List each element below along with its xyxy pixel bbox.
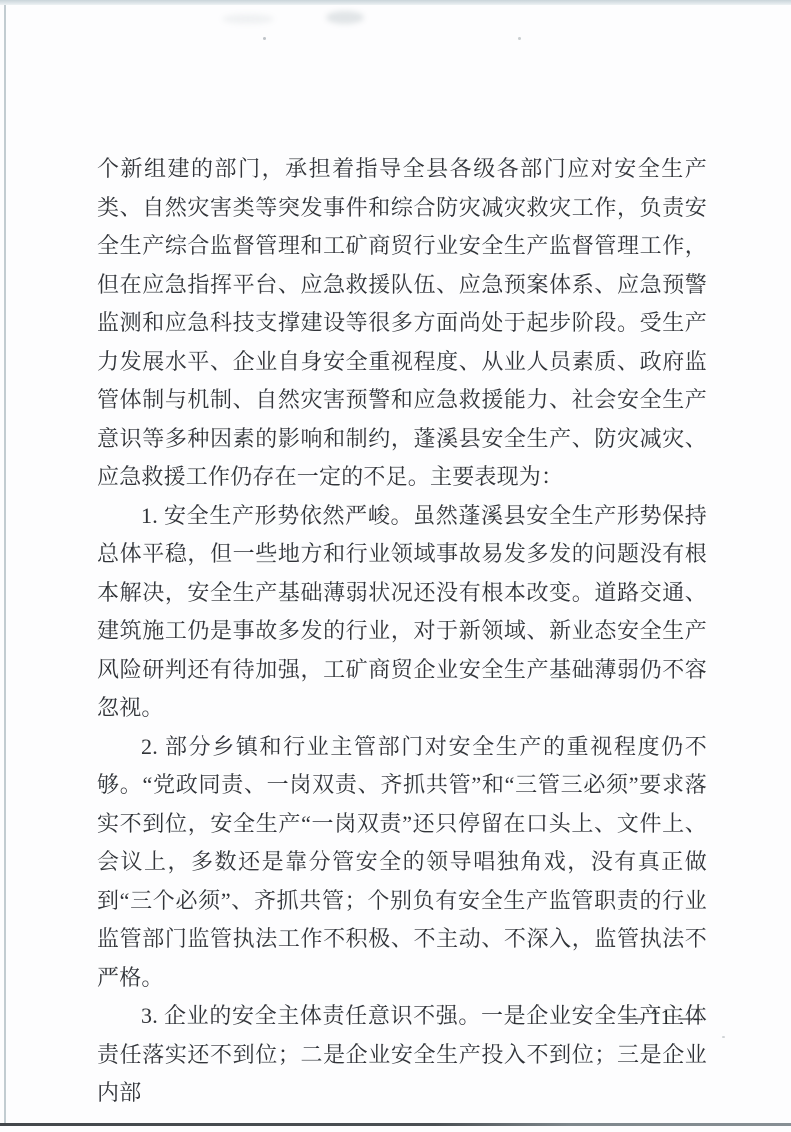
scan-speck bbox=[263, 37, 266, 40]
page-number: — 11 — bbox=[595, 1002, 727, 1032]
scan-speck bbox=[722, 1036, 725, 1038]
scan-speck bbox=[518, 37, 521, 40]
document-body: 个新组建的部门，承担着指导全县各级各部门应对安全生产类、自然灾害类等突发事件和综… bbox=[97, 150, 707, 1113]
paragraph-continuation: 个新组建的部门，承担着指导全县各级各部门应对安全生产类、自然灾害类等突发事件和综… bbox=[97, 150, 707, 497]
scan-smudge bbox=[326, 11, 364, 24]
scan-bottom-edge-artifact bbox=[0, 1123, 791, 1126]
scan-left-edge-artifact bbox=[4, 5, 6, 1126]
paragraph-item-2: 2. 部分乡镇和行业主管部门对安全生产的重视程度仍不够。“党政同责、一岗双责、齐… bbox=[97, 728, 707, 998]
scan-smudge bbox=[222, 14, 274, 24]
paragraph-item-1: 1. 安全生产形势依然严峻。虽然蓬溪县安全生产形势保持总体平稳，但一些地方和行业… bbox=[97, 497, 707, 728]
document-page: 个新组建的部门，承担着指导全县各级各部门应对安全生产类、自然灾害类等突发事件和综… bbox=[0, 0, 791, 1132]
scan-top-edge-artifact bbox=[0, 0, 791, 5]
